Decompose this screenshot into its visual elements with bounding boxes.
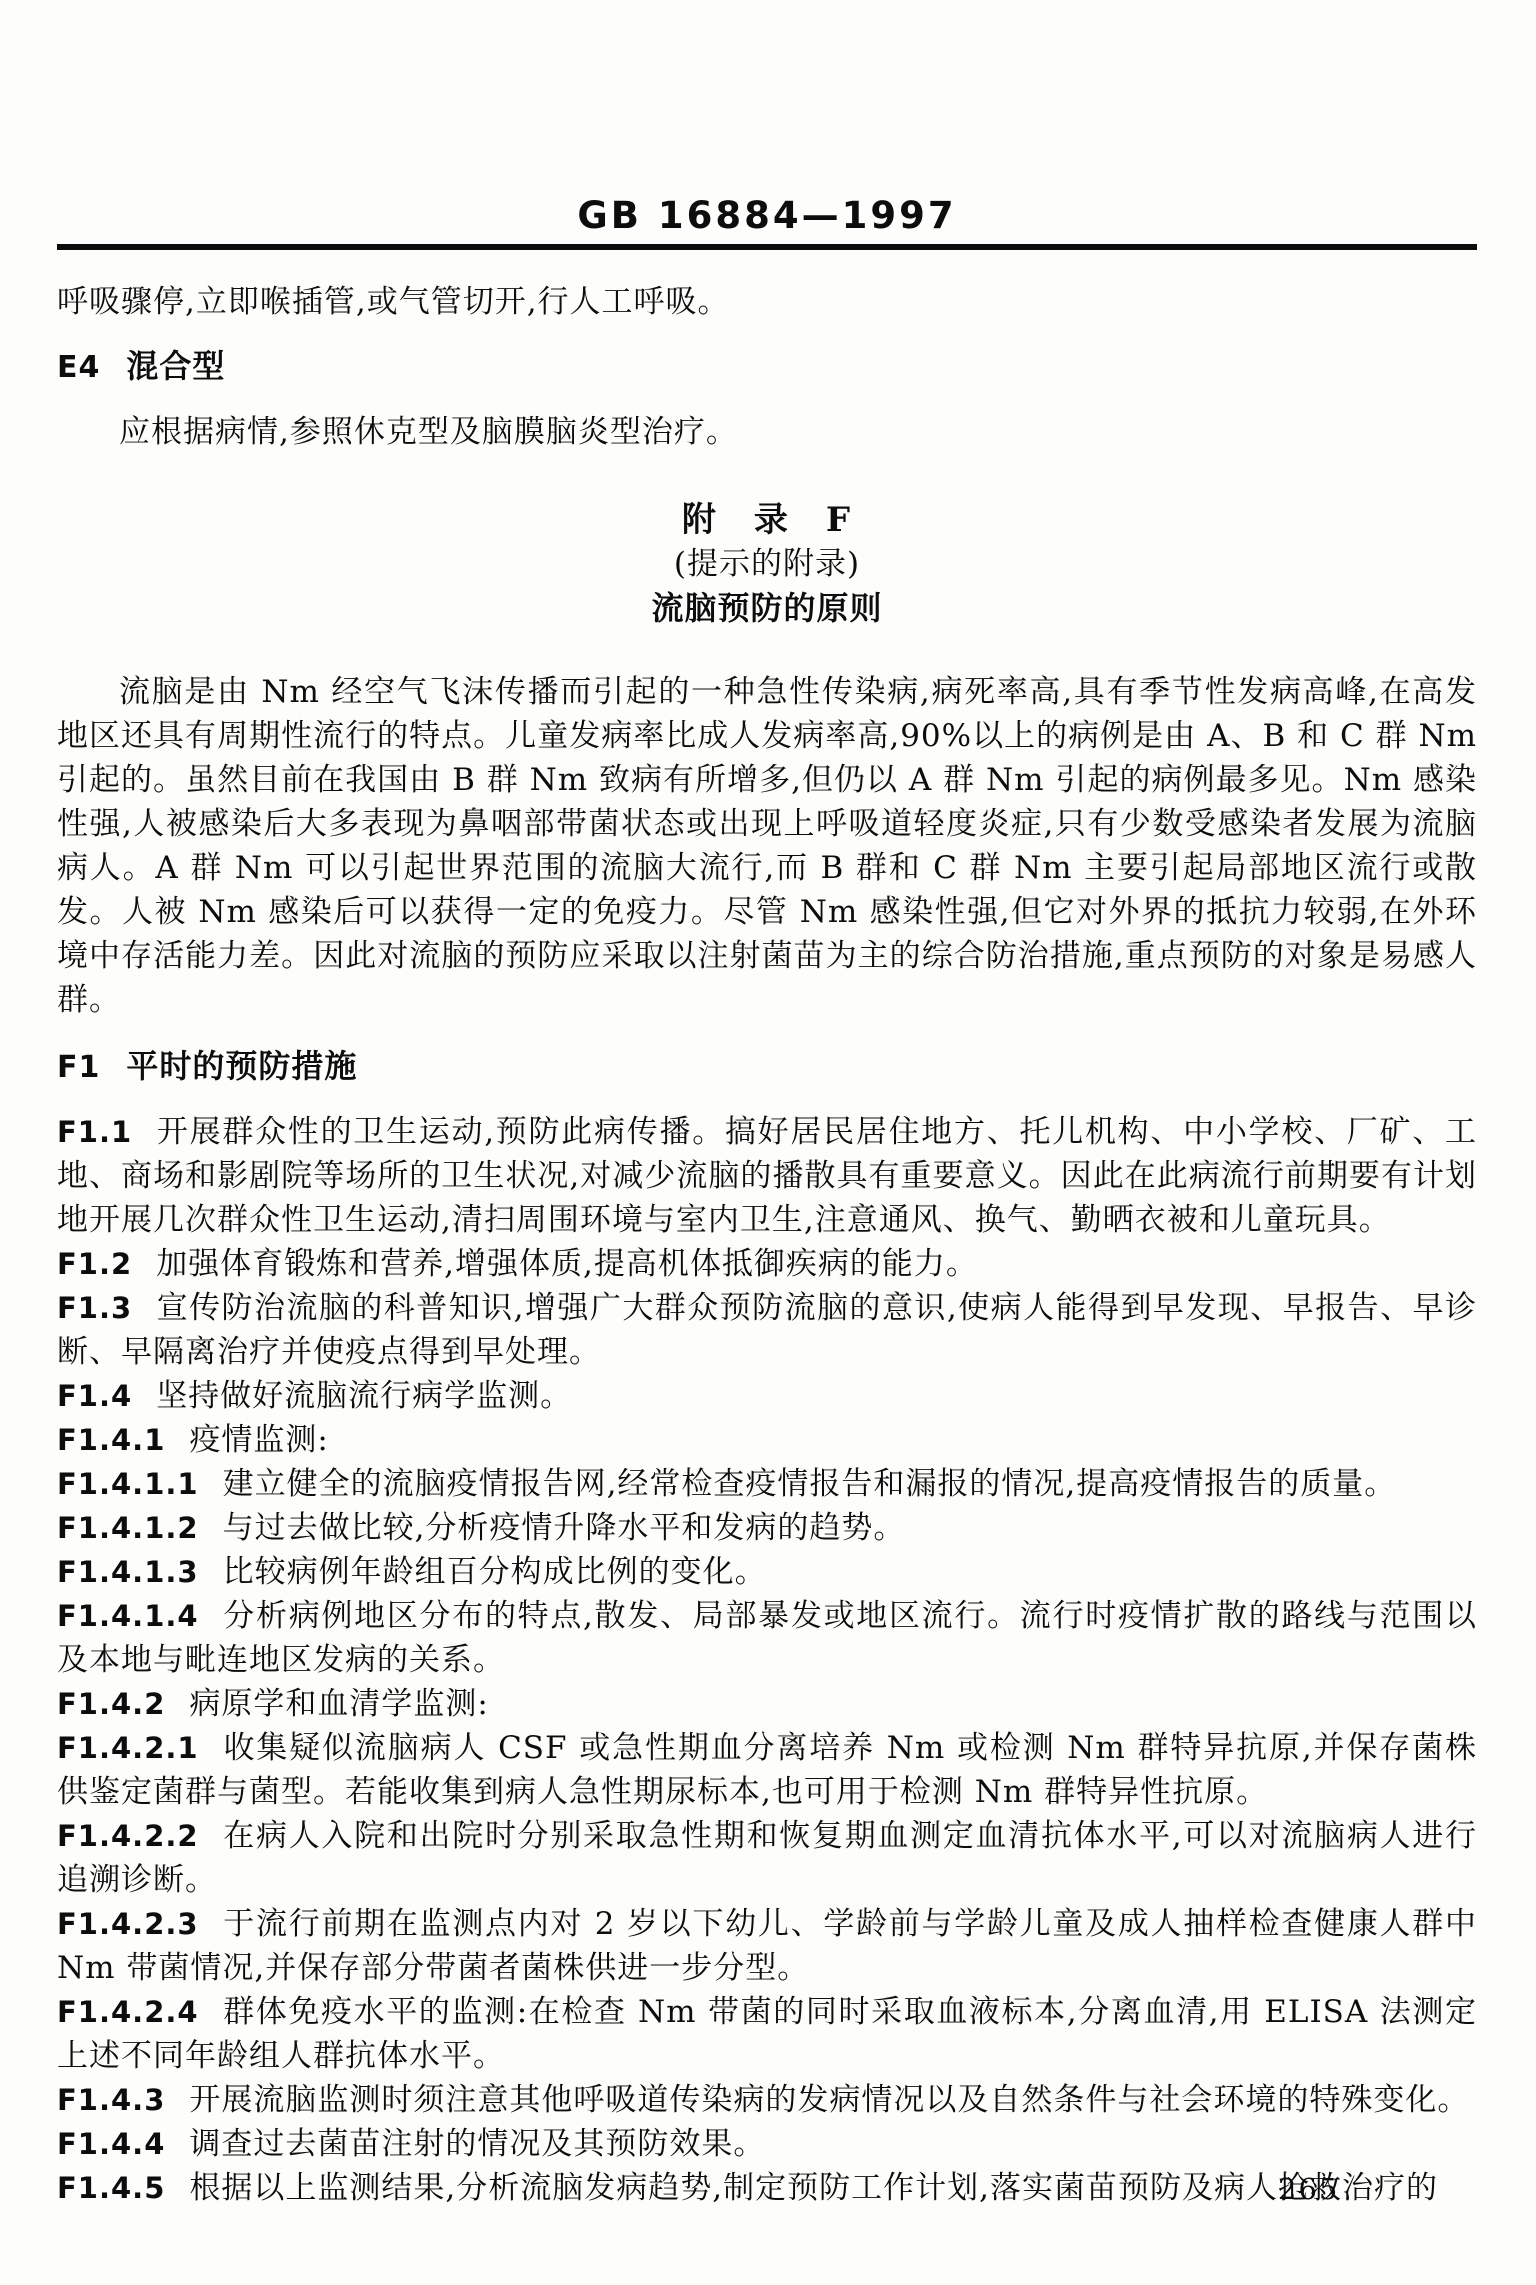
section-f1-number: F1	[57, 1050, 100, 1085]
page-number: 265	[1278, 2172, 1339, 2206]
clause-number: F1.3	[57, 1291, 132, 1325]
clause-text: 根据以上监测结果,分析流脑发病趋势,制定预防工作计划,落实菌苗预防及病人抢救治疗…	[189, 2170, 1438, 2206]
clause-number: F1.4.1.4	[57, 1599, 199, 1633]
lead-paragraph: 流脑是由 Nm 经空气飞沫传播而引起的一种急性传染病,病死率高,具有季节性发病高…	[57, 670, 1477, 1022]
clause-item: F1.3宣传防治流脑的科普知识,增强广大群众预防流脑的意识,使病人能得到早发现、…	[57, 1286, 1477, 1374]
clause-number: F1.4.1	[57, 1423, 165, 1457]
clause-item: F1.4.2病原学和血清学监测:	[57, 1682, 1477, 1726]
section-e4-text: 应根据病情,参照休克型及脑膜脑炎型治疗。	[57, 410, 1477, 454]
clause-item: F1.2加强体育锻炼和营养,增强体质,提高机体抵御疾病的能力。	[57, 1242, 1477, 1286]
page-content: GB 16884—1997 呼吸骤停,立即喉插管,或气管切开,行人工呼吸。 E4…	[57, 0, 1477, 2210]
appendix-f-label: 附 录 F	[57, 498, 1477, 542]
clause-item: F1.4.5根据以上监测结果,分析流脑发病趋势,制定预防工作计划,落实菌苗预防及…	[57, 2166, 1477, 2210]
clause-number: F1.4.4	[57, 2127, 165, 2161]
section-e4-number: E4	[57, 350, 100, 385]
clause-text: 与过去做比较,分析疫情升降水平和发病的趋势。	[223, 1510, 906, 1546]
clause-number: F1.4.1.2	[57, 1511, 199, 1545]
section-e4-title: 混合型	[126, 347, 225, 385]
clause-item: F1.4.1.3比较病例年龄组百分构成比例的变化。	[57, 1550, 1477, 1594]
standard-header: GB 16884—1997	[57, 196, 1477, 250]
clause-text: 收集疑似流脑病人 CSF 或急性期血分离培养 Nm 或检测 Nm 群特异抗原,并…	[57, 1730, 1477, 1810]
clause-item: F1.4.1.4分析病例地区分布的特点,散发、局部暴发或地区流行。流行时疫情扩散…	[57, 1594, 1477, 1682]
section-f1-heading: F1平时的预防措施	[57, 1044, 1477, 1090]
clause-item: F1.4.2.3于流行前期在监测点内对 2 岁以下幼儿、学龄前与学龄儿童及成人抽…	[57, 1902, 1477, 1990]
clause-text: 病原学和血清学监测:	[189, 1686, 488, 1722]
clause-item: F1.4.2.2在病人入院和出院时分别采取急性期和恢复期血测定血清抗体水平,可以…	[57, 1814, 1477, 1902]
clause-text: 比较病例年龄组百分构成比例的变化。	[223, 1554, 767, 1590]
clause-item: F1.1开展群众性的卫生运动,预防此病传播。搞好居民居住地方、托儿机构、中小学校…	[57, 1110, 1477, 1242]
clause-text: 加强体育锻炼和营养,增强体质,提高机体抵御疾病的能力。	[156, 1246, 978, 1282]
clause-number: F1.4.1.1	[57, 1467, 199, 1501]
appendix-f-block: 附 录 F (提示的附录) 流脑预防的原则	[57, 498, 1477, 630]
clause-item: F1.4.4调查过去菌苗注射的情况及其预防效果。	[57, 2122, 1477, 2166]
section-e4-heading: E4混合型	[57, 344, 1477, 390]
section-f1-title: 平时的预防措施	[126, 1047, 357, 1085]
clause-number: F1.4.1.3	[57, 1555, 199, 1589]
clause-text: 坚持做好流脑流行病学监测。	[156, 1378, 572, 1414]
clause-number: F1.4.3	[57, 2083, 165, 2117]
clause-text: 于流行前期在监测点内对 2 岁以下幼儿、学龄前与学龄儿童及成人抽样检查健康人群中…	[57, 1906, 1477, 1986]
clause-number: F1.1	[57, 1115, 132, 1149]
clause-text: 开展群众性的卫生运动,预防此病传播。搞好居民居住地方、托儿机构、中小学校、厂矿、…	[57, 1114, 1477, 1238]
clause-number: F1.4	[57, 1379, 132, 1413]
clause-item: F1.4.3开展流脑监测时须注意其他呼吸道传染病的发病情况以及自然条件与社会环境…	[57, 2078, 1477, 2122]
clause-number: F1.4.2	[57, 1687, 165, 1721]
clause-text: 分析病例地区分布的特点,散发、局部暴发或地区流行。流行时疫情扩散的路线与范围以及…	[57, 1598, 1477, 1678]
clause-text: 宣传防治流脑的科普知识,增强广大群众预防流脑的意识,使病人能得到早发现、早报告、…	[57, 1290, 1477, 1370]
clause-number: F1.4.2.3	[57, 1907, 199, 1941]
clause-text: 在病人入院和出院时分别采取急性期和恢复期血测定血清抗体水平,可以对流脑病人进行追…	[57, 1818, 1477, 1898]
clause-item: F1.4.2.1收集疑似流脑病人 CSF 或急性期血分离培养 Nm 或检测 Nm…	[57, 1726, 1477, 1814]
clause-text: 调查过去菌苗注射的情况及其预防效果。	[189, 2126, 765, 2162]
document-page: GB 16884—1997 呼吸骤停,立即喉插管,或气管切开,行人工呼吸。 E4…	[0, 0, 1536, 2285]
appendix-f-title: 流脑预防的原则	[57, 586, 1477, 630]
clause-number: F1.4.2.1	[57, 1731, 199, 1765]
clause-text: 建立健全的流脑疫情报告网,经常检查疫情报告和漏报的情况,提高疫情报告的质量。	[223, 1466, 1397, 1502]
appendix-f-type-note: (提示的附录)	[57, 542, 1477, 586]
clause-item: F1.4.1.2与过去做比较,分析疫情升降水平和发病的趋势。	[57, 1506, 1477, 1550]
clause-text: 开展流脑监测时须注意其他呼吸道传染病的发病情况以及自然条件与社会环境的特殊变化。	[189, 2082, 1469, 2118]
clause-number: F1.4.2.4	[57, 1995, 199, 2029]
clause-item: F1.4.1.1建立健全的流脑疫情报告网,经常检查疫情报告和漏报的情况,提高疫情…	[57, 1462, 1477, 1506]
standard-number: GB 16884—1997	[577, 194, 956, 237]
continuation-line: 呼吸骤停,立即喉插管,或气管切开,行人工呼吸。	[57, 280, 1477, 324]
clause-text: 群体免疫水平的监测:在检查 Nm 带菌的同时采取血液标本,分离血清,用 ELIS…	[57, 1994, 1477, 2074]
clause-text: 疫情监测:	[189, 1422, 328, 1458]
clause-number: F1.4.2.2	[57, 1819, 199, 1853]
clause-number: F1.2	[57, 1247, 132, 1281]
clause-item: F1.4坚持做好流脑流行病学监测。	[57, 1374, 1477, 1418]
clause-number: F1.4.5	[57, 2171, 165, 2205]
clause-list: F1.1开展群众性的卫生运动,预防此病传播。搞好居民居住地方、托儿机构、中小学校…	[57, 1110, 1477, 2210]
clause-item: F1.4.2.4群体免疫水平的监测:在检查 Nm 带菌的同时采取血液标本,分离血…	[57, 1990, 1477, 2078]
clause-item: F1.4.1疫情监测:	[57, 1418, 1477, 1462]
